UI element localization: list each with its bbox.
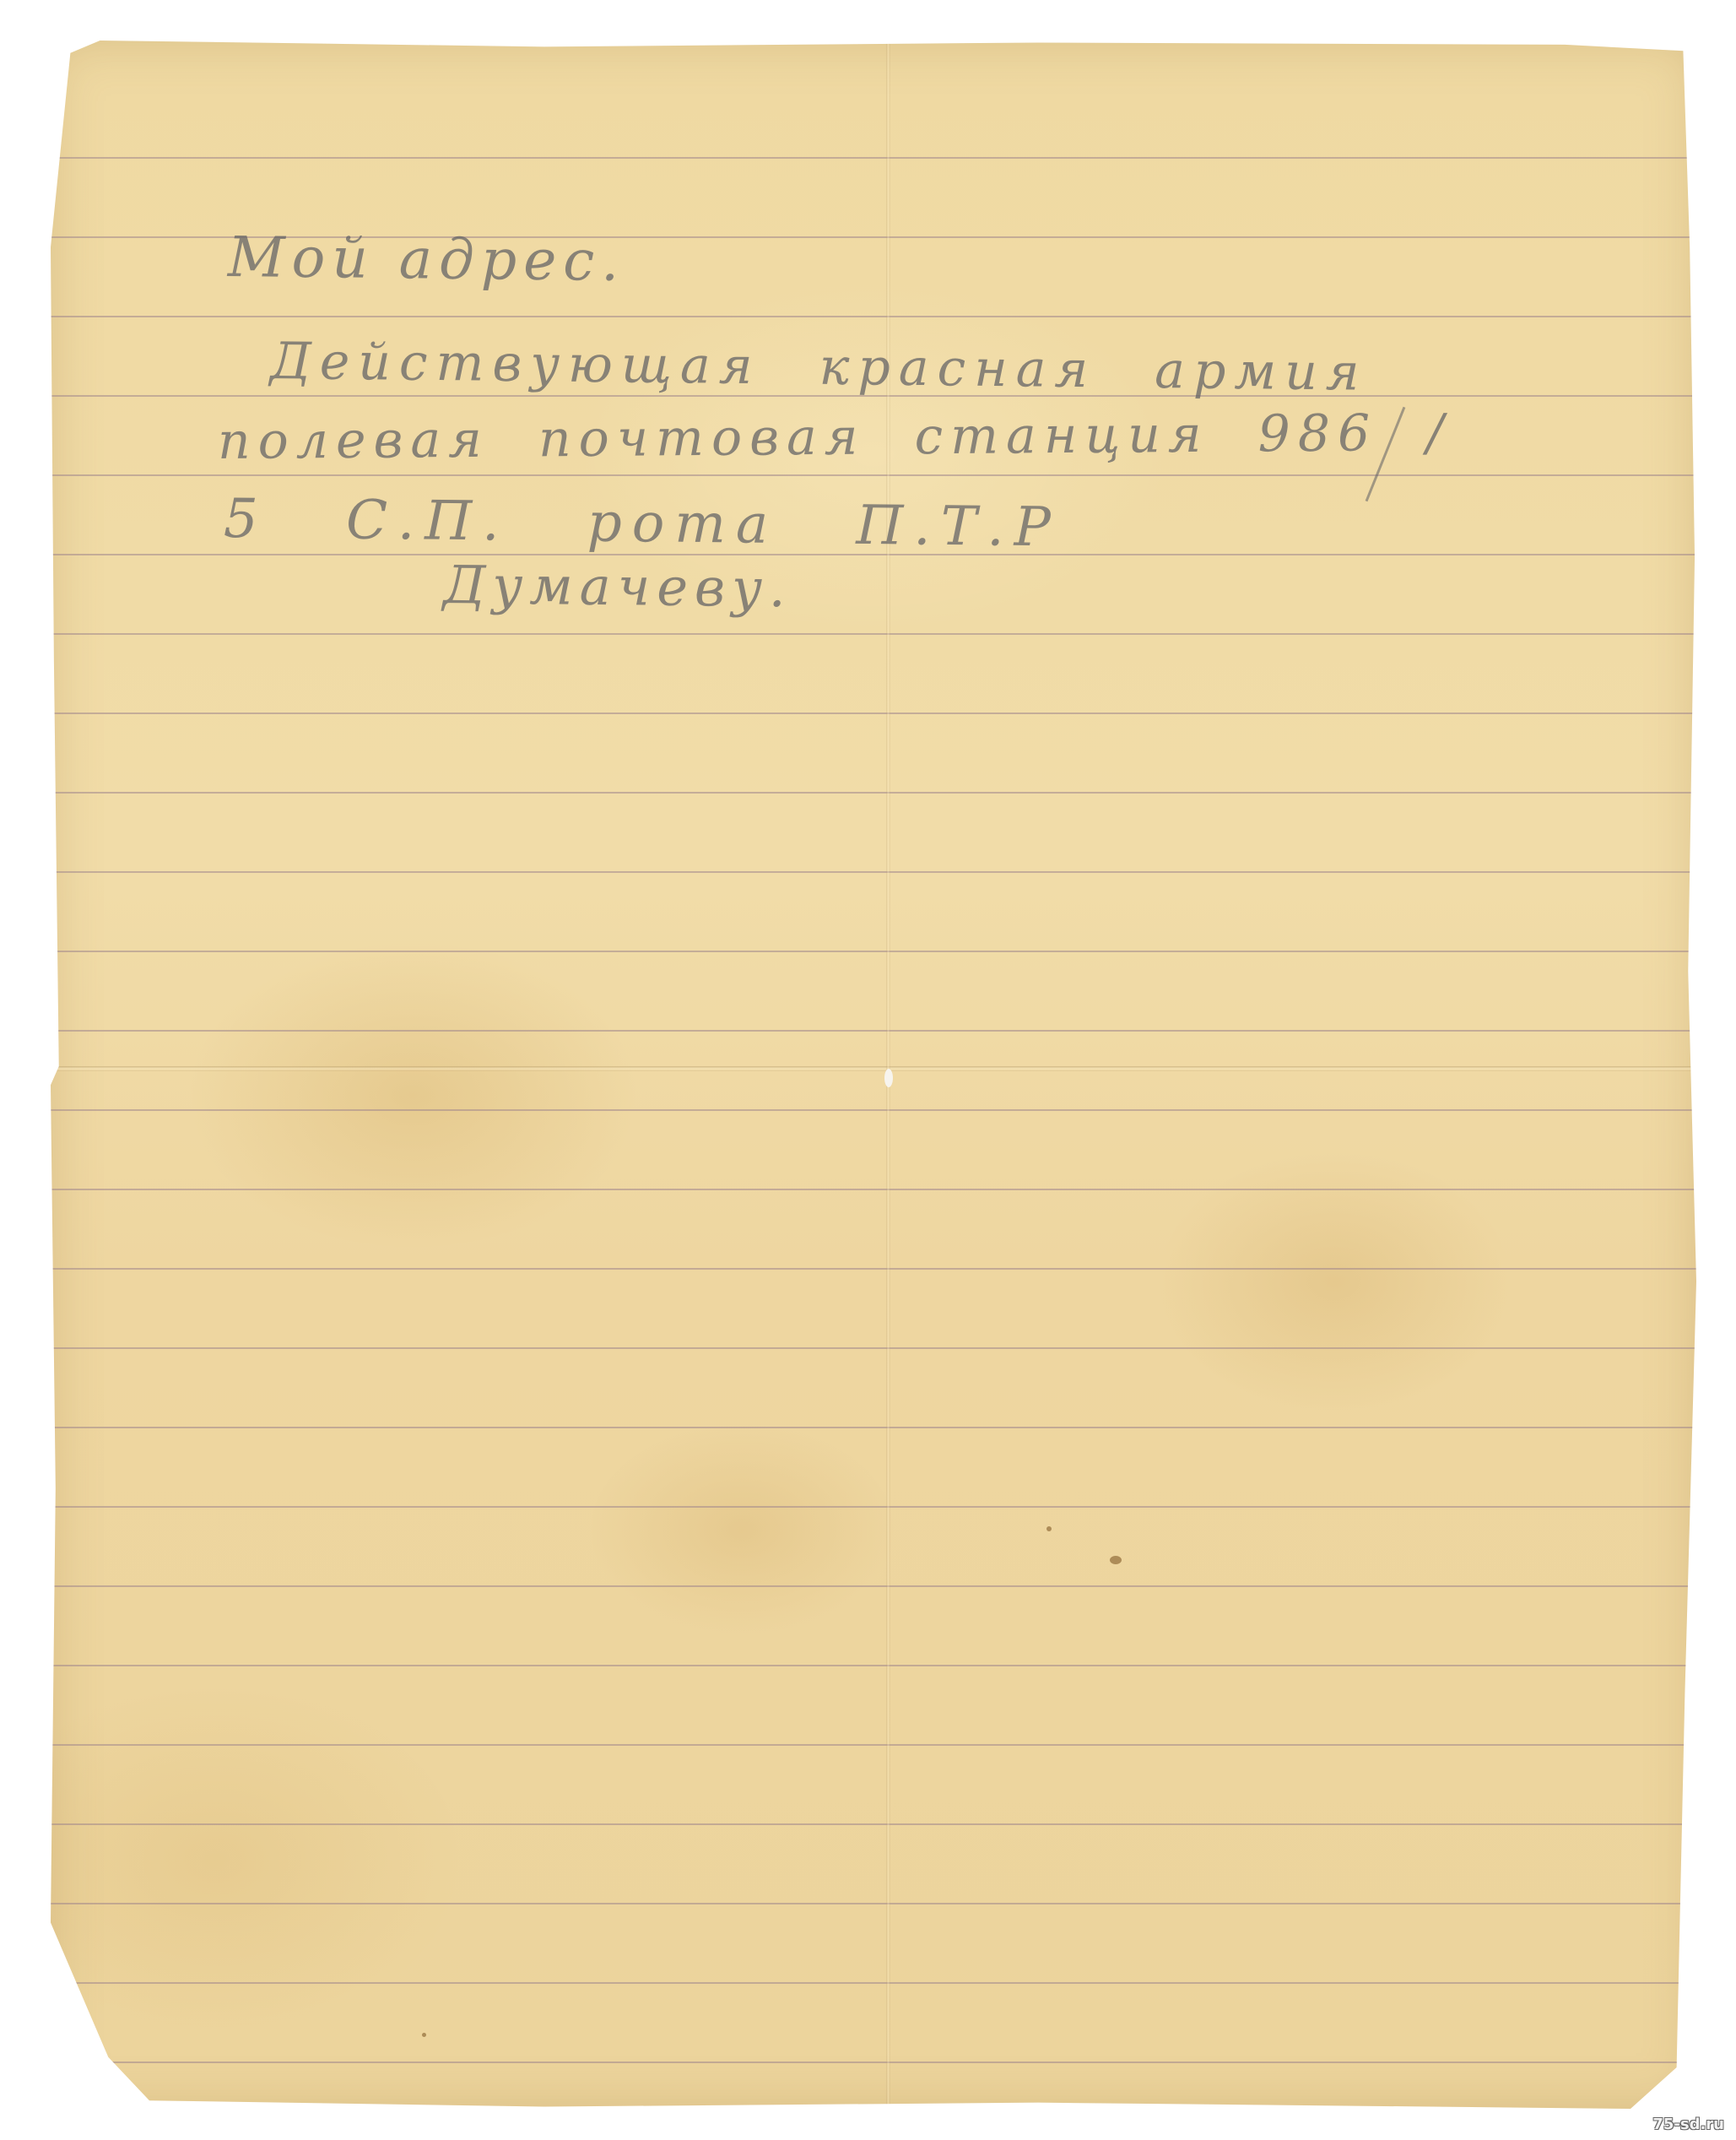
stain-speck: [1110, 1556, 1122, 1564]
stain-speck: [1046, 1526, 1052, 1531]
site-watermark: 75-sd.ru: [1652, 2116, 1724, 2133]
ruled-line: [51, 157, 1696, 159]
ruled-line: [51, 871, 1696, 873]
ruled-line: [51, 951, 1696, 952]
fold-hole: [884, 1069, 893, 1087]
ruled-line: [51, 1903, 1696, 1904]
ruled-line: [51, 474, 1696, 476]
ruled-line: [51, 633, 1696, 635]
ruled-line: [51, 1427, 1696, 1428]
ruled-line: [51, 1982, 1696, 1984]
stain-speck: [422, 2033, 426, 2037]
letter-line-recipient: Думачеву.: [443, 554, 793, 619]
ruled-line: [51, 316, 1696, 317]
ruled-line: [51, 1347, 1696, 1349]
letter-line-unit: 5 С.П. рота П.Т.Р: [224, 488, 1062, 559]
horizontal-fold-crease: [51, 1066, 1696, 1071]
letter-line-field-post: полевая почтовая станция 986 /: [218, 404, 1452, 471]
ruled-line: [51, 712, 1696, 714]
ruled-line: [51, 1823, 1696, 1825]
ruled-line: [51, 792, 1696, 794]
ruled-line: [51, 1109, 1696, 1111]
ruled-line: [51, 1268, 1696, 1270]
ruled-line: [51, 1585, 1696, 1587]
ruled-line: [51, 2061, 1696, 2063]
ruled-line: [51, 1665, 1696, 1666]
ruled-line: [51, 1744, 1696, 1746]
ruled-line: [51, 1189, 1696, 1190]
letter-sheet: Мой адрес. Действующая красная армия пол…: [51, 41, 1696, 2109]
ruled-line: [51, 1030, 1696, 1032]
letter-line-heading: Мой адрес.: [228, 225, 626, 294]
letter-line-army: Действующая красная армия: [270, 332, 1368, 403]
ruled-line: [51, 1506, 1696, 1508]
